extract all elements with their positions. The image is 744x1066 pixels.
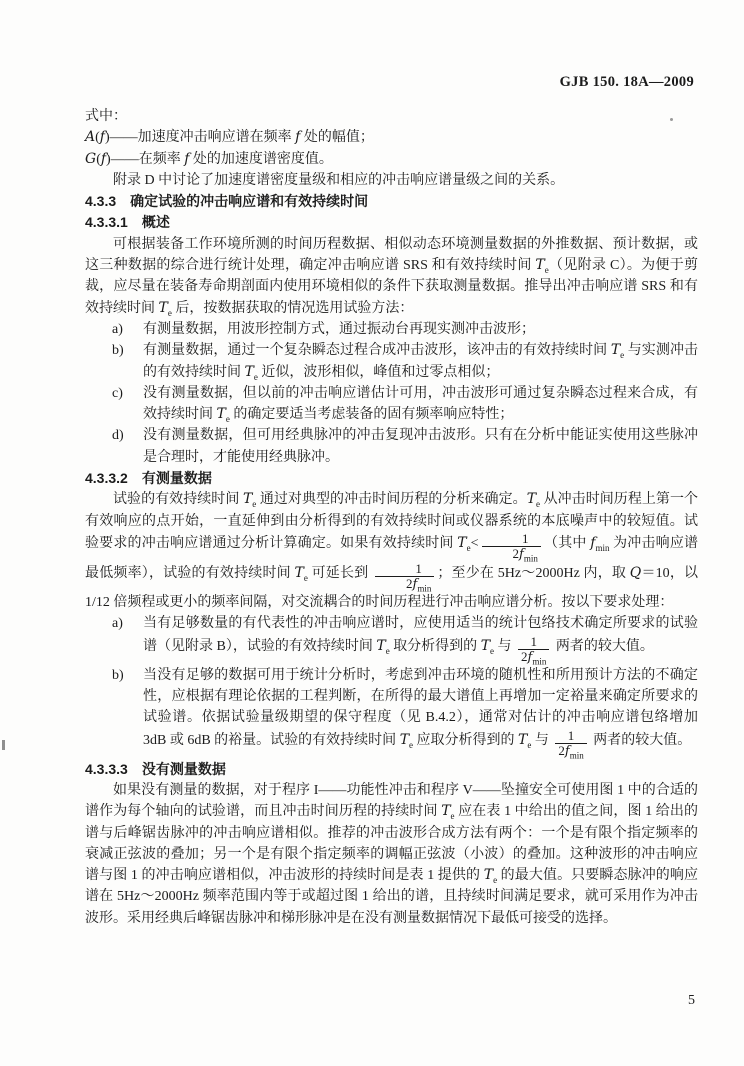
scanned-document-page: GJB 150. 18A—2009 式中：A(f)——加速度冲击响应谱在频率 f… [0, 0, 744, 1066]
list-item: b)有测量数据，通过一个复杂瞬态过程合成冲击波形，该冲击的有效持续时间 Te 与… [85, 340, 698, 383]
standard-number-header: GJB 150. 18A—2009 [560, 74, 694, 91]
symbol-A-of-f: A [85, 129, 95, 145]
list-item-label: b) [112, 340, 124, 361]
fraction-1-over-2fmin: 12fmin [555, 729, 586, 759]
paragraph: A(f)——加速度冲击响应谱在频率 f 处的幅值； [85, 127, 698, 148]
symbol-Te: T [527, 491, 536, 507]
list-item-text: 没有测量数据，但以前的冲击响应谱估计可用，冲击波形可通过复杂瞬态过程来合成，有效… [143, 386, 698, 422]
paragraph: 试验的有效持续时间 Te 通过对典型的冲击时间历程的分析来确定。Te 从冲击时间… [85, 489, 698, 613]
list-item-text: 有测量数据，通过一个复杂瞬态过程合成冲击波形，该冲击的有效持续时间 Te 与实测… [143, 343, 698, 379]
fraction-1-over-2fmin: 12fmin [482, 532, 541, 562]
section-heading: 4.3.3 确定试验的冲击响应谱和有效持续时间 [85, 191, 698, 212]
list-item: d)没有测量数据，但可用经典脉冲的冲击复现冲击波形。只有在分析中能证实使用这些脉… [85, 425, 698, 468]
symbol-Te: T [518, 732, 527, 748]
symbol-Te: T [457, 535, 466, 551]
symbol-Te: T [481, 638, 490, 654]
symbol-Te: T [611, 342, 620, 358]
list-item-text: 当没有足够的数据可用于统计分析时，考虑到冲击环境的随机性和所用预计方法的不确定性… [143, 668, 698, 748]
list-item-label: a) [112, 613, 123, 634]
symbol-Te: T [217, 406, 226, 422]
fraction-1-over-2fmin: 12fmin [518, 635, 549, 665]
list-item: a)有测量数据，用波形控制方式，通过振动台再现实测冲击波形； [85, 319, 698, 340]
symbol-Te: T [159, 300, 168, 316]
section-heading: 4.3.3.3 没有测量数据 [85, 759, 698, 780]
symbol-Te: T [484, 867, 493, 883]
list-item: a)当有足够数量的有代表性的冲击响应谱时，应使用适当的统计包络技术确定所要求的试… [85, 613, 698, 664]
paragraph: 可根据装备工作环境所测的时间历程数据、相似动态环境测量数据的外推数据、预计数据，… [85, 234, 698, 319]
section-heading: 4.3.3.1 概述 [85, 212, 698, 233]
symbol-Q: Q [630, 565, 641, 581]
list-item: b)当没有足够的数据可用于统计分析时，考虑到冲击环境的随机性和所用预计方法的不确… [85, 665, 698, 759]
symbol-Te: T [376, 638, 385, 654]
list-item-text: 没有测量数据，但可用经典脉冲的冲击复现冲击波形。只有在分析中能证实使用这些脉冲是… [143, 428, 698, 464]
list-item: c)没有测量数据，但以前的冲击响应谱估计可用，冲击波形可通过复杂瞬态过程来合成，… [85, 383, 698, 426]
paragraph: G(f)——在频率 f 处的加速度谱密度值。 [85, 149, 698, 170]
fraction-1-over-2fmin: 12fmin [375, 562, 434, 592]
symbol-Te: T [295, 565, 304, 581]
page-number: 5 [688, 993, 695, 1009]
section-heading: 4.3.3.2 有测量数据 [85, 468, 698, 489]
symbol-Te: T [441, 803, 450, 819]
list-item-text: 当有足够数量的有代表性的冲击响应谱时，应使用适当的统计包络技术确定所要求的试验谱… [143, 616, 698, 653]
scan-artifact-dot [670, 118, 673, 121]
document-body: 式中：A(f)——加速度冲击响应谱在频率 f 处的幅值；G(f)——在频率 f … [85, 106, 698, 929]
list-item-label: b) [112, 665, 124, 686]
paragraph: 式中： [85, 106, 698, 127]
symbol-f: f [184, 151, 189, 167]
symbol-Te: T [243, 491, 252, 507]
scan-artifact-tick [2, 740, 5, 750]
symbol-f: f [295, 129, 300, 145]
symbol-Te: T [400, 732, 409, 748]
symbol-Te: T [535, 257, 544, 273]
list-item-label: a) [112, 319, 123, 340]
list-item-label: d) [112, 425, 124, 446]
paragraph: 如果没有测量的数据，对于程序 I——功能性冲击和程序 V——坠撞安全可使用图 1… [85, 780, 698, 929]
symbol-G-of-f: G [85, 151, 96, 167]
symbol-Te: T [245, 364, 254, 380]
list-item-label: c) [112, 383, 123, 404]
paragraph: 附录 D 中讨论了加速度谱密度量级和相应的冲击响应谱量级之间的关系。 [85, 170, 698, 191]
list-item-text: 有测量数据，用波形控制方式，通过振动台再现实测冲击波形； [143, 322, 535, 337]
